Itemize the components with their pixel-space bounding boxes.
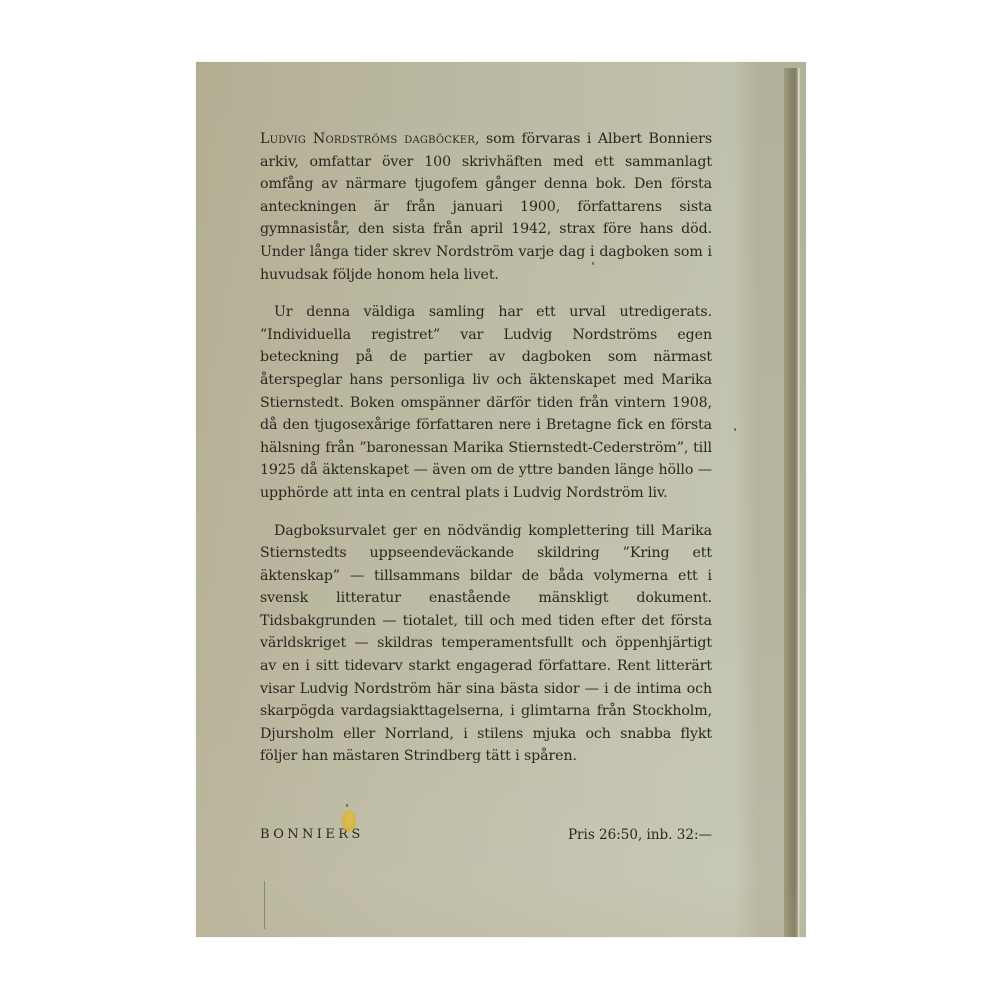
speck bbox=[734, 428, 736, 431]
blurb-paragraph-2: Ur denna väldiga samling har ett urval u… bbox=[260, 301, 712, 504]
book-back-cover: Ludvig Nordströms dagböcker, som förvara… bbox=[196, 62, 806, 937]
price-label: Pris 26:50, inb. 32:— bbox=[568, 827, 712, 843]
speck bbox=[346, 804, 348, 807]
blurb-paragraph-3: Dagboksurvalet ger en nödvändig komplett… bbox=[260, 520, 712, 769]
spine-edge bbox=[784, 68, 800, 937]
crease-line bbox=[264, 881, 265, 929]
speck bbox=[592, 262, 594, 265]
yellow-stain bbox=[342, 810, 356, 832]
bottom-fold-strip bbox=[196, 881, 806, 937]
blurb-paragraph-1: Ludvig Nordströms dagböcker, som förvara… bbox=[260, 128, 712, 286]
paragraph-1-body: , som förvaras i Albert Bonniers arkiv, … bbox=[260, 131, 712, 283]
author-smallcaps-lead: Ludvig Nordströms dagböcker bbox=[260, 131, 475, 147]
blurb-text: Ludvig Nordströms dagböcker, som förvara… bbox=[260, 128, 712, 783]
